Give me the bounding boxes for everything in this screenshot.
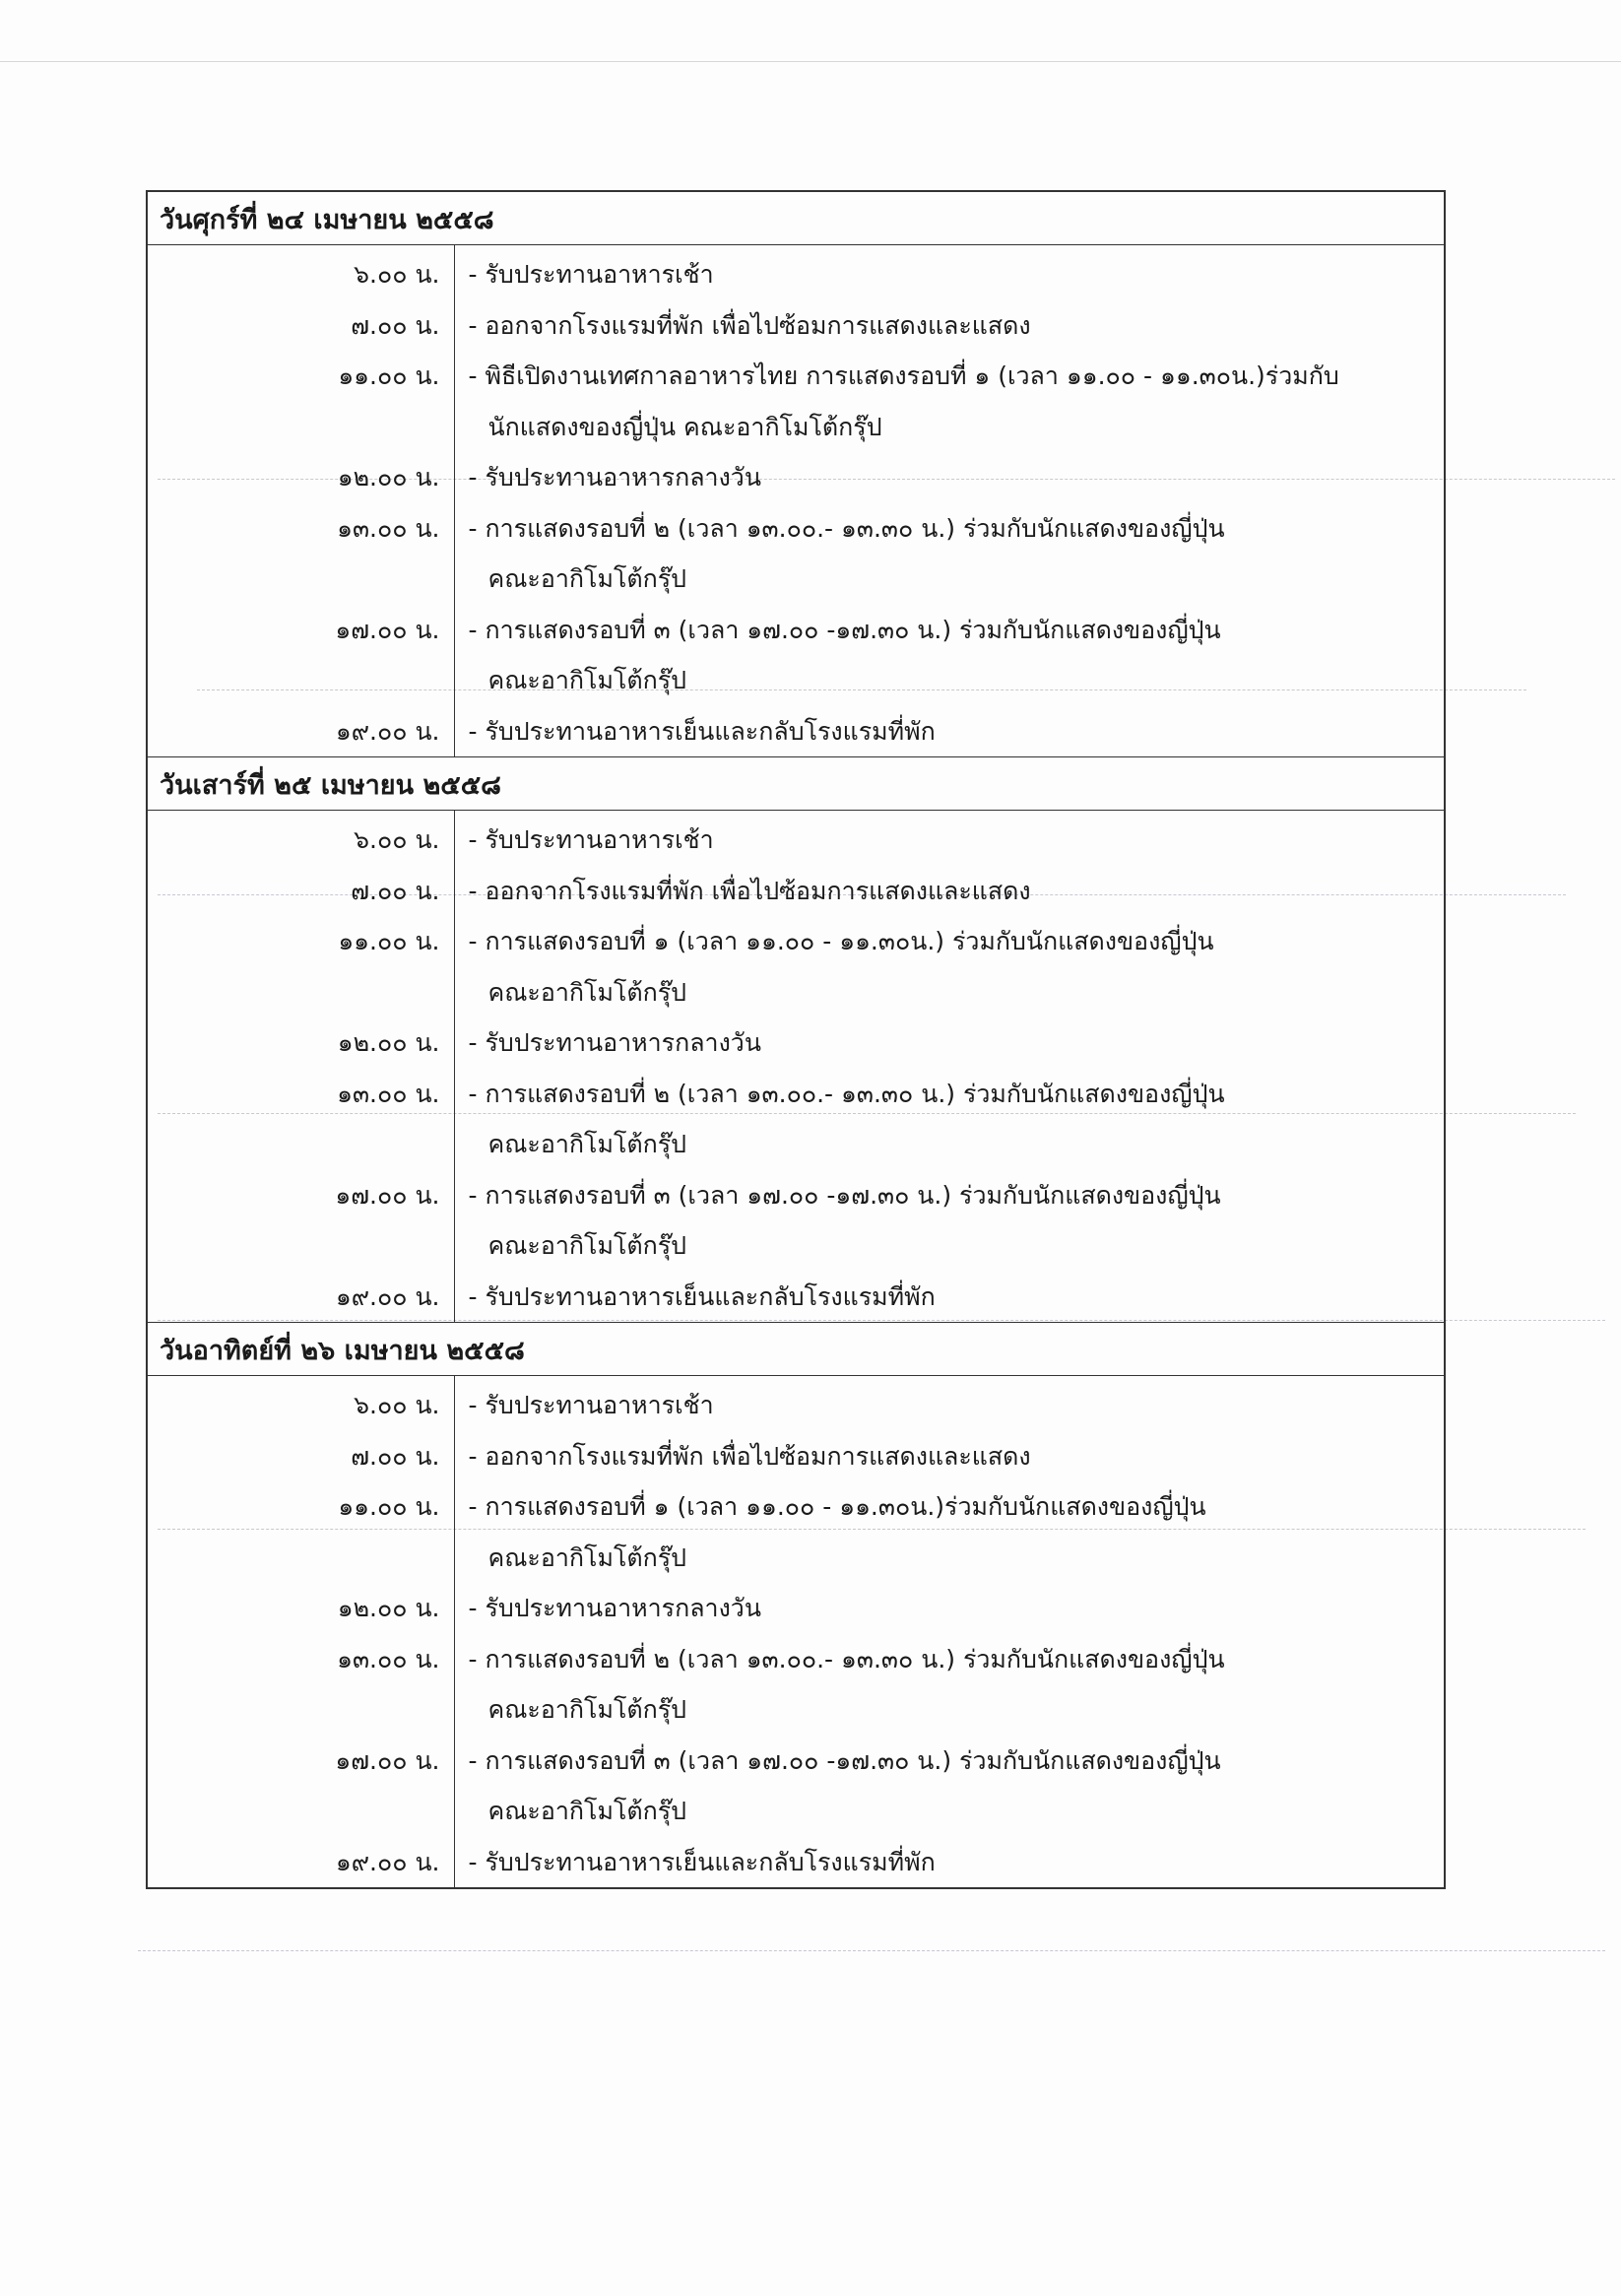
time-cell: ๑๙.๐๐ น. bbox=[147, 1272, 454, 1323]
activity-text: - การแสดงรอบที่ ๒ (เวลา ๑๓.๐๐.- ๑๓.๓๐ น.… bbox=[469, 503, 1445, 555]
schedule-row: ๑๗.๐๐ น.- การแสดงรอบที่ ๓ (เวลา ๑๗.๐๐ -๑… bbox=[147, 605, 1445, 706]
activity-cell: - การแสดงรอบที่ ๑ (เวลา ๑๑.๐๐ - ๑๑.๓๐น.)… bbox=[454, 916, 1445, 1017]
time-label: ๑๙.๐๐ น. bbox=[148, 706, 440, 757]
time-cell: ๖.๐๐ น. bbox=[147, 1376, 454, 1431]
activity-cell: - รับประทานอาหารกลางวัน bbox=[454, 452, 1445, 503]
activity-cell: - การแสดงรอบที่ ๒ (เวลา ๑๓.๐๐.- ๑๓.๓๐ น.… bbox=[454, 503, 1445, 605]
activity-text: คณะอากิโมโต้กรุ๊ป bbox=[469, 1119, 1445, 1170]
activity-cell: - การแสดงรอบที่ ๒ (เวลา ๑๓.๐๐.- ๑๓.๓๐ น.… bbox=[454, 1069, 1445, 1170]
activity-text: - การแสดงรอบที่ ๓ (เวลา ๑๗.๐๐ -๑๗.๓๐ น.)… bbox=[469, 1736, 1445, 1787]
schedule-row: ๗.๐๐ น.- ออกจากโรงแรมที่พัก เพื่อไปซ้อมก… bbox=[147, 1431, 1445, 1482]
activity-text: คณะอากิโมโต้กรุ๊ป bbox=[469, 1786, 1445, 1837]
day-header: วันเสาร์ที่ ๒๕ เมษายน ๒๕๕๘ bbox=[147, 757, 1445, 811]
activity-text: - รับประทานอาหารกลางวัน bbox=[469, 1017, 1445, 1069]
schedule-table: วันศุกร์ที่ ๒๔ เมษายน ๒๕๕๘๖.๐๐ น.- รับปร… bbox=[146, 190, 1446, 1889]
time-label: ๖.๐๐ น. bbox=[148, 249, 440, 300]
time-cell: ๑๑.๐๐ น. bbox=[147, 916, 454, 1017]
activity-text: - การแสดงรอบที่ ๑ (เวลา ๑๑.๐๐ - ๑๑.๓๐น.)… bbox=[469, 916, 1445, 967]
time-cell: ๑๑.๐๐ น. bbox=[147, 1481, 454, 1583]
activity-text: - ออกจากโรงแรมที่พัก เพื่อไปซ้อมการแสดงแ… bbox=[469, 866, 1445, 917]
activity-text: - รับประทานอาหารกลางวัน bbox=[469, 1583, 1445, 1634]
schedule-row: ๑๑.๐๐ น.- พิธีเปิดงานเทศกาลอาหารไทย การแ… bbox=[147, 351, 1445, 452]
time-cell: ๑๓.๐๐ น. bbox=[147, 1069, 454, 1170]
activity-cell: - รับประทานอาหารเย็นและกลับโรงแรมที่พัก bbox=[454, 706, 1445, 757]
time-cell: ๑๗.๐๐ น. bbox=[147, 1736, 454, 1837]
activity-text: - รับประทานอาหารเช้า bbox=[469, 815, 1445, 866]
time-cell: ๖.๐๐ น. bbox=[147, 245, 454, 300]
activity-cell: - รับประทานอาหารเช้า bbox=[454, 245, 1445, 300]
time-cell: ๑๙.๐๐ น. bbox=[147, 706, 454, 757]
time-cell: ๑๑.๐๐ น. bbox=[147, 351, 454, 452]
time-cell: ๑๒.๐๐ น. bbox=[147, 452, 454, 503]
schedule-row: ๗.๐๐ น.- ออกจากโรงแรมที่พัก เพื่อไปซ้อมก… bbox=[147, 866, 1445, 917]
time-cell: ๑๙.๐๐ น. bbox=[147, 1837, 454, 1889]
activity-cell: - การแสดงรอบที่ ๒ (เวลา ๑๓.๐๐.- ๑๓.๓๐ น.… bbox=[454, 1634, 1445, 1736]
activity-cell: - การแสดงรอบที่ ๑ (เวลา ๑๑.๐๐ - ๑๑.๓๐น.)… bbox=[454, 1481, 1445, 1583]
activity-text: คณะอากิโมโต้กรุ๊ป bbox=[469, 655, 1445, 706]
schedule-row: ๑๙.๐๐ น.- รับประทานอาหารเย็นและกลับโรงแร… bbox=[147, 706, 1445, 757]
activity-cell: - การแสดงรอบที่ ๓ (เวลา ๑๗.๐๐ -๑๗.๓๐ น.)… bbox=[454, 1736, 1445, 1837]
schedule-row: ๑๓.๐๐ น.- การแสดงรอบที่ ๒ (เวลา ๑๓.๐๐.- … bbox=[147, 503, 1445, 605]
time-label: ๑๒.๐๐ น. bbox=[148, 1017, 440, 1069]
time-label: ๑๙.๐๐ น. bbox=[148, 1272, 440, 1323]
time-label: ๑๙.๐๐ น. bbox=[148, 1837, 440, 1888]
activity-cell: - รับประทานอาหารเย็นและกลับโรงแรมที่พัก bbox=[454, 1272, 1445, 1323]
schedule-row: ๑๗.๐๐ น.- การแสดงรอบที่ ๓ (เวลา ๑๗.๐๐ -๑… bbox=[147, 1170, 1445, 1272]
time-label: ๑๗.๐๐ น. bbox=[148, 605, 440, 656]
time-label: ๑๑.๐๐ น. bbox=[148, 916, 440, 967]
time-label: ๑๒.๐๐ น. bbox=[148, 1583, 440, 1634]
day-header-row: วันศุกร์ที่ ๒๔ เมษายน ๒๕๕๘ bbox=[147, 191, 1445, 245]
time-cell: ๑๗.๐๐ น. bbox=[147, 1170, 454, 1272]
time-cell: ๗.๐๐ น. bbox=[147, 1431, 454, 1482]
time-label: ๑๗.๐๐ น. bbox=[148, 1736, 440, 1787]
time-cell: ๑๓.๐๐ น. bbox=[147, 503, 454, 605]
activity-cell: - ออกจากโรงแรมที่พัก เพื่อไปซ้อมการแสดงแ… bbox=[454, 866, 1445, 917]
activity-text: - รับประทานอาหารกลางวัน bbox=[469, 452, 1445, 503]
time-label: ๑๓.๐๐ น. bbox=[148, 1634, 440, 1685]
time-cell: ๖.๐๐ น. bbox=[147, 811, 454, 866]
activity-text: - การแสดงรอบที่ ๒ (เวลา ๑๓.๐๐.- ๑๓.๓๐ น.… bbox=[469, 1634, 1445, 1685]
schedule-row: ๑๑.๐๐ น.- การแสดงรอบที่ ๑ (เวลา ๑๑.๐๐ - … bbox=[147, 916, 1445, 1017]
activity-text: - การแสดงรอบที่ ๓ (เวลา ๑๗.๐๐ -๑๗.๓๐ น.)… bbox=[469, 1170, 1445, 1221]
activity-text: - รับประทานอาหารเช้า bbox=[469, 249, 1445, 300]
day-header: วันศุกร์ที่ ๒๔ เมษายน ๒๕๕๘ bbox=[147, 191, 1445, 245]
time-label: ๑๓.๐๐ น. bbox=[148, 503, 440, 555]
schedule-row: ๗.๐๐ น.- ออกจากโรงแรมที่พัก เพื่อไปซ้อมก… bbox=[147, 300, 1445, 352]
activity-text: - รับประทานอาหารเช้า bbox=[469, 1380, 1445, 1431]
activity-text: นักแสดงของญี่ปุ่น คณะอากิโมโต้กรุ๊ป bbox=[469, 402, 1445, 453]
activity-cell: - รับประทานอาหารกลางวัน bbox=[454, 1583, 1445, 1634]
schedule-row: ๑๓.๐๐ น.- การแสดงรอบที่ ๒ (เวลา ๑๓.๐๐.- … bbox=[147, 1634, 1445, 1736]
schedule-row: ๖.๐๐ น.- รับประทานอาหารเช้า bbox=[147, 811, 1445, 866]
activity-text: คณะอากิโมโต้กรุ๊ป bbox=[469, 1533, 1445, 1584]
activity-text: - พิธีเปิดงานเทศกาลอาหารไทย การแสดงรอบที… bbox=[469, 351, 1445, 402]
activity-text: - การแสดงรอบที่ ๒ (เวลา ๑๓.๐๐.- ๑๓.๓๐ น.… bbox=[469, 1069, 1445, 1120]
activity-cell: - รับประทานอาหารเย็นและกลับโรงแรมที่พัก bbox=[454, 1837, 1445, 1889]
activity-text: - รับประทานอาหารเย็นและกลับโรงแรมที่พัก bbox=[469, 706, 1445, 757]
time-label: ๗.๐๐ น. bbox=[148, 300, 440, 352]
activity-cell: - การแสดงรอบที่ ๓ (เวลา ๑๗.๐๐ -๑๗.๓๐ น.)… bbox=[454, 605, 1445, 706]
activity-cell: - รับประทานอาหารเช้า bbox=[454, 811, 1445, 866]
schedule-row: ๑๙.๐๐ น.- รับประทานอาหารเย็นและกลับโรงแร… bbox=[147, 1837, 1445, 1889]
activity-text: - รับประทานอาหารเย็นและกลับโรงแรมที่พัก bbox=[469, 1272, 1445, 1323]
schedule-row: ๑๙.๐๐ น.- รับประทานอาหารเย็นและกลับโรงแร… bbox=[147, 1272, 1445, 1323]
schedule-row: ๖.๐๐ น.- รับประทานอาหารเช้า bbox=[147, 1376, 1445, 1431]
scan-artifact-line bbox=[138, 1950, 1605, 1951]
time-label: ๖.๐๐ น. bbox=[148, 815, 440, 866]
time-cell: ๑๗.๐๐ น. bbox=[147, 605, 454, 706]
activity-cell: - รับประทานอาหารเช้า bbox=[454, 1376, 1445, 1431]
activity-text: คณะอากิโมโต้กรุ๊ป bbox=[469, 1684, 1445, 1736]
activity-text: - ออกจากโรงแรมที่พัก เพื่อไปซ้อมการแสดงแ… bbox=[469, 1431, 1445, 1482]
time-label: ๑๗.๐๐ น. bbox=[148, 1170, 440, 1221]
time-cell: ๑๓.๐๐ น. bbox=[147, 1634, 454, 1736]
time-cell: ๑๒.๐๐ น. bbox=[147, 1017, 454, 1069]
activity-text: - ออกจากโรงแรมที่พัก เพื่อไปซ้อมการแสดงแ… bbox=[469, 300, 1445, 352]
schedule-row: ๑๗.๐๐ น.- การแสดงรอบที่ ๓ (เวลา ๑๗.๐๐ -๑… bbox=[147, 1736, 1445, 1837]
time-cell: ๗.๐๐ น. bbox=[147, 300, 454, 352]
schedule-row: ๑๒.๐๐ น.- รับประทานอาหารกลางวัน bbox=[147, 1583, 1445, 1634]
time-cell: ๑๒.๐๐ น. bbox=[147, 1583, 454, 1634]
time-label: ๗.๐๐ น. bbox=[148, 866, 440, 917]
day-header-row: วันอาทิตย์ที่ ๒๖ เมษายน ๒๕๕๘ bbox=[147, 1323, 1445, 1376]
activity-text: - การแสดงรอบที่ ๑ (เวลา ๑๑.๐๐ - ๑๑.๓๐น.)… bbox=[469, 1481, 1445, 1533]
time-label: ๑๒.๐๐ น. bbox=[148, 452, 440, 503]
activity-cell: - การแสดงรอบที่ ๓ (เวลา ๑๗.๐๐ -๑๗.๓๐ น.)… bbox=[454, 1170, 1445, 1272]
time-label: ๑๑.๐๐ น. bbox=[148, 351, 440, 402]
activity-text: - รับประทานอาหารเย็นและกลับโรงแรมที่พัก bbox=[469, 1837, 1445, 1888]
time-cell: ๗.๐๐ น. bbox=[147, 866, 454, 917]
scan-artifact-line bbox=[0, 61, 1621, 62]
activity-cell: - รับประทานอาหารกลางวัน bbox=[454, 1017, 1445, 1069]
activity-cell: - ออกจากโรงแรมที่พัก เพื่อไปซ้อมการแสดงแ… bbox=[454, 1431, 1445, 1482]
activity-text: คณะอากิโมโต้กรุ๊ป bbox=[469, 967, 1445, 1018]
time-label: ๑๑.๐๐ น. bbox=[148, 1481, 440, 1533]
schedule-row: ๖.๐๐ น.- รับประทานอาหารเช้า bbox=[147, 245, 1445, 300]
schedule-row: ๑๑.๐๐ น.- การแสดงรอบที่ ๑ (เวลา ๑๑.๐๐ - … bbox=[147, 1481, 1445, 1583]
schedule-row: ๑๒.๐๐ น.- รับประทานอาหารกลางวัน bbox=[147, 452, 1445, 503]
activity-cell: - พิธีเปิดงานเทศกาลอาหารไทย การแสดงรอบที… bbox=[454, 351, 1445, 452]
time-label: ๑๓.๐๐ น. bbox=[148, 1069, 440, 1120]
activity-cell: - ออกจากโรงแรมที่พัก เพื่อไปซ้อมการแสดงแ… bbox=[454, 300, 1445, 352]
day-header-row: วันเสาร์ที่ ๒๕ เมษายน ๒๕๕๘ bbox=[147, 757, 1445, 811]
activity-text: - การแสดงรอบที่ ๓ (เวลา ๑๗.๐๐ -๑๗.๓๐ น.)… bbox=[469, 605, 1445, 656]
schedule-row: ๑๒.๐๐ น.- รับประทานอาหารกลางวัน bbox=[147, 1017, 1445, 1069]
activity-text: คณะอากิโมโต้กรุ๊ป bbox=[469, 554, 1445, 605]
time-label: ๗.๐๐ น. bbox=[148, 1431, 440, 1482]
schedule-row: ๑๓.๐๐ น.- การแสดงรอบที่ ๒ (เวลา ๑๓.๐๐.- … bbox=[147, 1069, 1445, 1170]
day-header: วันอาทิตย์ที่ ๒๖ เมษายน ๒๕๕๘ bbox=[147, 1323, 1445, 1376]
time-label: ๖.๐๐ น. bbox=[148, 1380, 440, 1431]
activity-text: คณะอากิโมโต้กรุ๊ป bbox=[469, 1220, 1445, 1272]
